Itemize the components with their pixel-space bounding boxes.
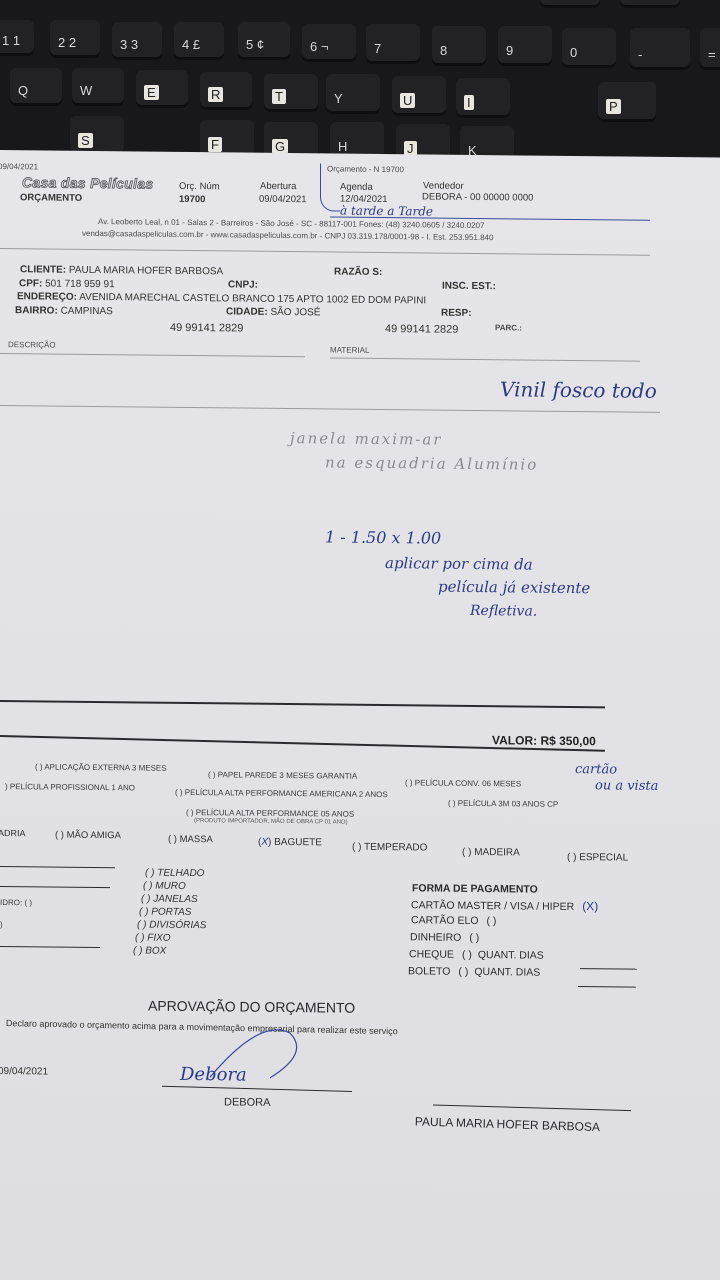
quant-dias-label: QUANT. DIAS — [474, 966, 540, 979]
key-label: Q — [18, 83, 28, 98]
left-field-line-2 — [0, 886, 110, 888]
payment-method-2[interactable]: CARTÃO ELO( ) — [411, 914, 496, 927]
vendedor-label: Vendedor — [423, 180, 464, 191]
endereco-label: ENDEREÇO: — [17, 291, 77, 303]
option-pelicula-profissional[interactable]: ) PELÍCULA PROFISSIONAL 1 ANO — [5, 782, 135, 792]
handwritten-payment-note-2: ou a vista — [595, 778, 658, 794]
checkbox-empty-icon: ( ) — [487, 915, 497, 927]
key-equals: = — [700, 28, 720, 70]
location-option-divisórias[interactable]: ( ) DIVISÓRIAS — [137, 919, 206, 931]
key-label: 9 — [506, 43, 513, 58]
key-w: W — [72, 68, 124, 106]
bairro-label: BAIRRO: — [15, 305, 58, 316]
left-field-line-3 — [0, 946, 100, 948]
payment-label: CARTÃO MASTER / VISA / HIPER — [411, 899, 574, 913]
cidade-label: CIDADE: — [226, 306, 268, 317]
key-label: T — [272, 89, 286, 104]
option-label: MÃO AMIGA — [67, 830, 121, 842]
key-label: 0 — [570, 45, 577, 60]
option-label: BOX — [145, 946, 166, 957]
key-u: U — [392, 76, 446, 116]
key-q: Q — [10, 68, 62, 106]
handwritten-material: Vinil fosco todo — [500, 377, 657, 403]
key-label: 2 2 — [58, 35, 76, 50]
abertura-label: Abertura — [260, 181, 296, 192]
payment-label: CARTÃO ELO — [411, 914, 479, 927]
cliente-label: CLIENTE: — [20, 264, 66, 275]
payment-label: CHEQUE — [409, 948, 454, 960]
key-5: 5 ¢ — [238, 22, 290, 60]
vidro-checkbox: ( ) — [24, 898, 32, 907]
location-option-telhado[interactable]: ( ) TELHADO — [145, 868, 204, 880]
company-logo: Casa das Películas — [22, 174, 153, 191]
quant-dias-label: QUANT. DIAS — [478, 949, 544, 962]
payment-method-4[interactable]: CHEQUE( )QUANT. DIAS — [409, 948, 544, 961]
checkbox-empty-icon: ( ) — [462, 949, 472, 961]
option-label: PAPEL PAREDE 3 MESES GARANTIA — [218, 770, 357, 780]
total-label: VALOR: R$ — [492, 733, 556, 748]
descricao-label: DESCRIÇÃO — [8, 340, 56, 349]
option-label: PELÍCULA ALTA PERFORMANCE AMERICANA 2 AN… — [185, 788, 388, 799]
key-4: 4 £ — [174, 22, 224, 60]
total-value: VALOR: R$ 350,00 — [492, 733, 596, 748]
material-underline — [330, 357, 640, 361]
key-g: G — [264, 122, 318, 155]
company-address: Av. Leoberto Leal, n 01 - Salas 2 - Barr… — [98, 217, 484, 230]
option-pelicula-americana[interactable]: ( ) PELÍCULA ALTA PERFORMANCE AMERICANA … — [175, 788, 388, 799]
option-label: TELHADO — [157, 868, 204, 879]
parc-label: PARC.: — [495, 323, 522, 332]
material-baguete[interactable]: (X) BAGUETE — [258, 837, 322, 849]
key-label: = — [708, 47, 716, 62]
key-label: - — [638, 47, 642, 62]
key-label: Y — [334, 91, 343, 106]
bairro-value: CAMPINAS — [61, 306, 113, 318]
key-label: F — [208, 137, 222, 152]
boleto-days-line — [578, 986, 636, 988]
location-option-janelas[interactable]: ( ) JANELAS — [141, 893, 198, 905]
cidade-row: CIDADE: SÃO JOSÉ — [226, 306, 320, 318]
option-pelicula-conv[interactable]: ( ) PELÍCULA CONV. 06 MESES — [405, 778, 521, 788]
material-adria[interactable]: ADRIA — [0, 828, 26, 838]
key-p: P — [598, 82, 656, 122]
quote-document: 09/04/2021 Casa das Películas ORÇAMENTO … — [0, 150, 720, 1280]
insc-label: INSC. EST.: — [442, 281, 496, 293]
item-row-divider — [0, 405, 660, 413]
key-1: 1 1 — [0, 20, 34, 56]
key-f9: F9 — [620, 0, 680, 8]
option-label: PELÍCULA ALTA PERFORMANCE 05 ANOS — [196, 808, 354, 819]
cpf-value: 501 718 959 91 — [45, 278, 115, 290]
option-sublabel: (PRODUTO IMPORTADOR, MÃO DE OBRA CP 01 A… — [194, 818, 348, 826]
key-0: 0 — [562, 28, 616, 68]
payment-method-1[interactable]: CARTÃO MASTER / VISA / HIPER(X) — [411, 897, 598, 913]
option-label: MASSA — [180, 834, 213, 845]
material-label: MATERIAL — [330, 345, 369, 354]
orcamento-ref: Orçamento - N 19700 — [327, 164, 404, 174]
client-name-row: CLIENTE: PAULA MARIA HOFER BARBOSA — [20, 264, 223, 277]
key-t: T — [264, 74, 318, 112]
key-minus: - — [630, 28, 690, 70]
payment-method-5[interactable]: BOLETO( )QUANT. DIAS — [408, 965, 540, 978]
payment-method-3[interactable]: DINHEIRO( ) — [410, 931, 479, 944]
key-e: E — [136, 70, 188, 108]
key-label: P — [606, 99, 621, 114]
agenda-label: Agenda — [340, 182, 373, 193]
key-label: 4 £ — [182, 37, 200, 52]
key-8: 8 — [432, 26, 486, 66]
option-label: PELÍCULA 3M 03 ANOS CP — [458, 799, 559, 809]
key-label: R — [208, 87, 223, 102]
key-label: 5 ¢ — [246, 37, 264, 52]
handwritten-line-1: 1 - 1.50 x 1.00 — [325, 527, 441, 547]
cheque-days-line — [580, 968, 637, 970]
orc-num-label: Orç. Núm — [179, 181, 220, 192]
cpf-label: CPF: — [19, 278, 42, 289]
pencil-note-line-1: janela maxim-ar — [290, 429, 442, 449]
key-label: 7 — [374, 41, 381, 56]
checked-mark-icon: X — [261, 837, 268, 848]
key-r: R — [200, 72, 252, 110]
handwritten-line-4: Refletiva. — [470, 603, 537, 620]
key-f8: F8 — [540, 0, 600, 8]
option-aplicacao-externa[interactable]: ( ) APLICAÇÃO EXTERNA 3 MESES — [35, 762, 167, 772]
payment-label: DINHEIRO — [410, 931, 461, 944]
option-label: ESPECIAL — [579, 852, 628, 864]
handwritten-payment-note-1: cartão — [575, 762, 617, 777]
key-7: 7 — [366, 24, 420, 64]
option-label: MADEIRA — [474, 847, 520, 858]
cpf-row: CPF: 501 718 959 91 — [19, 278, 115, 290]
option-label: PELÍCULA CONV. 06 MESES — [415, 778, 521, 788]
location-option-muro[interactable]: ( ) MURO — [143, 880, 186, 891]
key-label: 3 3 — [120, 37, 138, 52]
client-signature-name: PAULA MARIA HOFER BARBOSA — [415, 1114, 600, 1134]
approval-title: APROVAÇÃO DO ORÇAMENTO — [148, 998, 355, 1016]
vendedor: DEBORA - 00 00000 0000 — [422, 191, 533, 203]
key-2: 2 2 — [50, 20, 100, 58]
bairro-row: BAIRRO: CAMPINAS — [15, 305, 113, 317]
key-h: H — [330, 122, 384, 155]
key-j: J — [396, 124, 450, 155]
material-temperado[interactable]: ( ) TEMPERADO — [352, 842, 427, 854]
location-option-box[interactable]: ( ) BOX — [133, 945, 166, 956]
option-label: TEMPERADO — [364, 842, 427, 854]
razao-label: RAZÃO S: — [334, 266, 382, 278]
key-label: E — [144, 85, 159, 100]
handwritten-line-3: película já existente — [438, 578, 590, 598]
material-especial[interactable]: ( ) ESPECIAL — [567, 852, 628, 864]
option-label: BAGUETE — [274, 837, 322, 849]
header-divider — [0, 248, 650, 256]
key-label: W — [80, 83, 92, 98]
key-label: S — [78, 133, 93, 148]
orc-num: 19700 — [179, 194, 205, 205]
payment-title: FORMA DE PAGAMENTO — [412, 882, 538, 895]
left-field-partial: ) — [0, 920, 3, 929]
vidro-label: IDRO: — [0, 898, 22, 907]
option-label: MURO — [155, 881, 186, 892]
material-mao-amiga[interactable]: ( ) MÃO AMIGA — [55, 830, 121, 842]
doc-type: ORÇAMENTO — [20, 192, 82, 204]
material-massa[interactable]: ( ) MASSA — [168, 834, 213, 845]
key-s: S — [70, 116, 124, 155]
cidade-value: SÃO JOSÉ — [270, 307, 320, 319]
key-label: K — [468, 143, 477, 155]
checkbox-empty-icon: ( ) — [458, 966, 468, 978]
key-label: 8 — [440, 43, 447, 58]
signature-loop-icon — [200, 1022, 310, 1093]
key-9: 9 — [498, 26, 552, 66]
approval-date: 09/04/2021 — [0, 1066, 48, 1078]
key-label: 1 1 — [2, 33, 20, 48]
handwritten-line-2: aplicar por cima da — [385, 554, 533, 574]
option-pelicula-alta-performance-05[interactable]: ( ) PELÍCULA ALTA PERFORMANCE 05 ANOS — [186, 808, 354, 819]
option-pelicula-3m[interactable]: ( ) PELÍCULA 3M 03 ANOS CP — [448, 799, 558, 809]
key-label: I — [464, 95, 474, 110]
keyboard-background: F8 F9 1 1 2 2 3 3 4 £ 5 ¢ 6 ¬ 7 8 9 0 - … — [0, 0, 720, 155]
option-label: DIVISÓRIAS — [149, 920, 206, 932]
key-k: K — [460, 126, 514, 155]
endereco-value: AVENIDA MARECHAL CASTELO BRANCO 175 APTO… — [79, 292, 426, 307]
resp-label: RESP: — [441, 308, 472, 319]
descricao-underline — [0, 353, 305, 357]
checkbox-empty-icon: ( ) — [469, 932, 479, 944]
material-madeira[interactable]: ( ) MADEIRA — [462, 847, 520, 859]
phone-2: 49 99141 2829 — [385, 323, 458, 336]
key-label: G — [272, 139, 288, 154]
total-amount: 350,00 — [559, 734, 596, 748]
endereco-row: ENDEREÇO: AVENIDA MARECHAL CASTELO BRANC… — [17, 291, 426, 306]
option-label: FIXO — [147, 933, 170, 944]
cnpj-label: CNPJ: — [228, 279, 258, 290]
option-label: APLICAÇÃO EXTERNA 3 MESES — [44, 762, 166, 772]
cliente-value: PAULA MARIA HOFER BARBOSA — [69, 265, 223, 278]
total-top-rule — [0, 700, 605, 708]
key-y: Y — [326, 74, 380, 114]
key-label: H — [338, 139, 347, 154]
option-papel-parede[interactable]: ( ) PAPEL PAREDE 3 MESES GARANTIA — [208, 770, 357, 781]
location-option-fixo[interactable]: ( ) FIXO — [135, 932, 171, 943]
option-label: JANELAS — [153, 894, 197, 905]
client-signature-line — [433, 1105, 631, 1112]
key-label: 6 ¬ — [310, 39, 328, 54]
payment-label: BOLETO — [408, 965, 450, 977]
option-label: PORTAS — [151, 907, 191, 918]
seller-name: DEBORA — [224, 1096, 270, 1108]
option-label: PELÍCULA PROFISSIONAL 1 ANO — [10, 782, 135, 792]
pencil-note-line-2: na esquadria Alumínio — [325, 453, 538, 473]
abertura-date: 09/04/2021 — [259, 194, 307, 205]
key-3: 3 3 — [112, 22, 162, 60]
key-6: 6 ¬ — [302, 24, 356, 62]
print-date: 09/04/2021 — [0, 162, 38, 171]
company-contact: vendas@casadaspeliculas.com.br - www.cas… — [82, 229, 493, 242]
location-option-portas[interactable]: ( ) PORTAS — [139, 906, 191, 918]
key-label: U — [400, 93, 415, 108]
phone-1: 49 99141 2829 — [170, 322, 243, 335]
left-field-line-1 — [0, 866, 115, 868]
key-f: F — [200, 120, 254, 155]
key-i: I — [456, 78, 510, 118]
vidro-field[interactable]: IDRO: ( ) — [0, 898, 32, 907]
checked-mark-icon: (X) — [582, 899, 598, 913]
key-label: J — [404, 141, 417, 155]
